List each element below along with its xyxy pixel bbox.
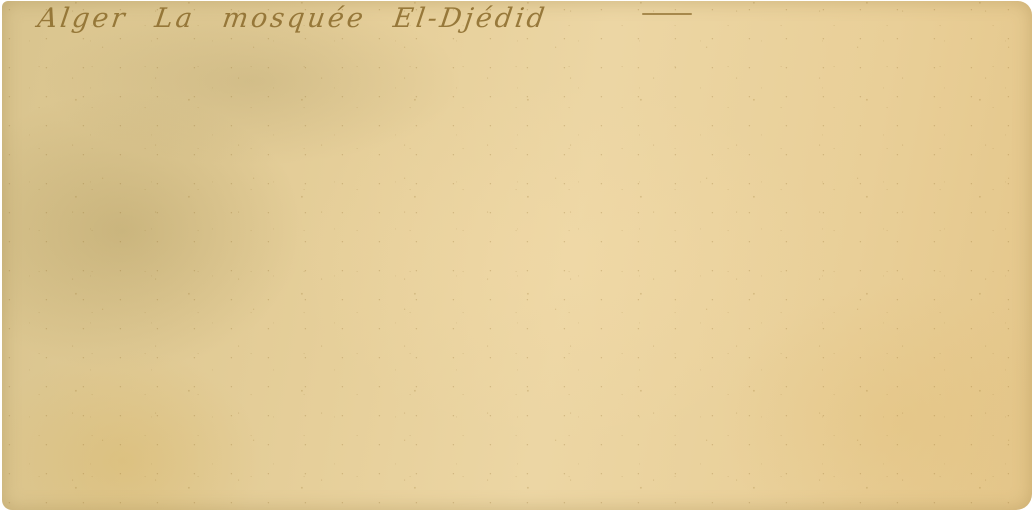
inscription-word-mosque: mosquée [220,3,368,34]
card-back: Alger La mosquée El-Djédid [2,1,1032,510]
ink-flourish [642,13,692,15]
inscription-word-article: La [153,3,197,34]
handwritten-inscription: Alger La mosquée El-Djédid [36,3,565,34]
foxing-speckles-large [2,1,1032,510]
inscription-word-name: El-Djédid [391,3,549,34]
inscription-word-city: Alger [36,3,130,34]
